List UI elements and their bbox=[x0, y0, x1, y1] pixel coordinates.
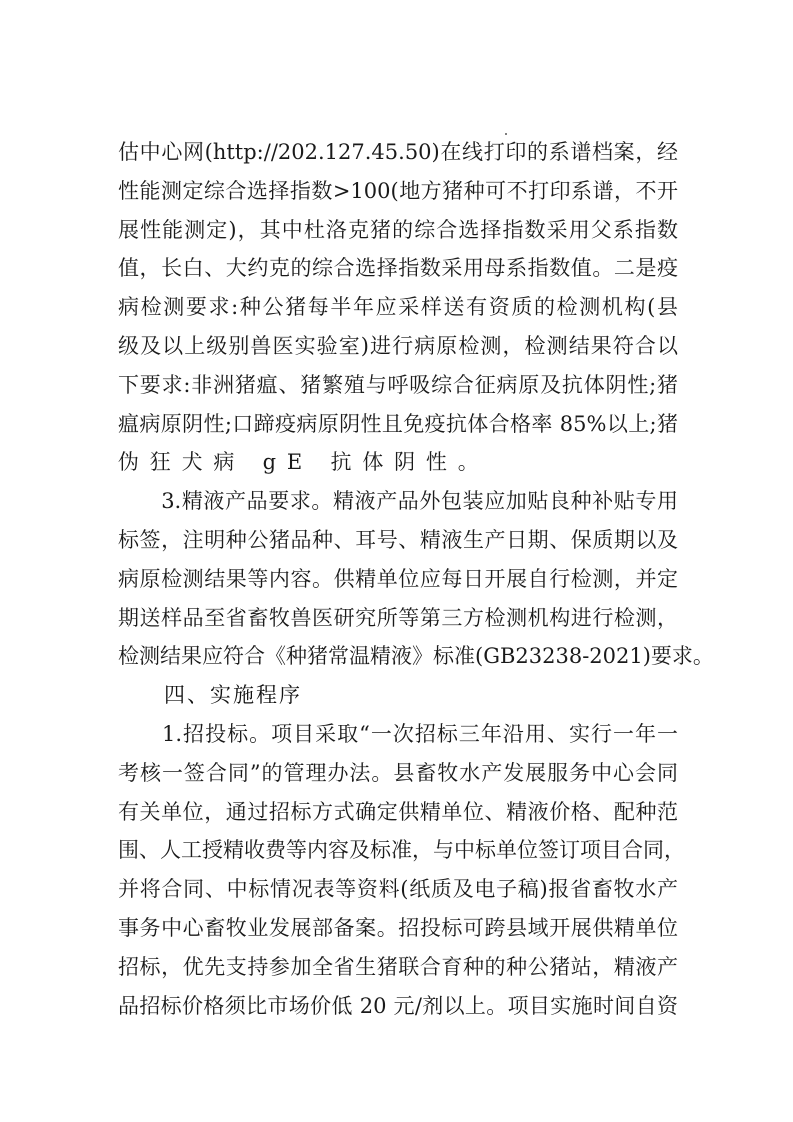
text-line: 围、人工授精收费等内容及标准，与中标单位签订项目合同， bbox=[118, 831, 678, 870]
text-line: 瘟病原阴性;口蹄疫病原阴性且免疫抗体合格率 85%以上;猪 bbox=[118, 405, 678, 444]
section-heading: 四、实施程序 bbox=[118, 676, 678, 715]
text-line: 病原检测结果等内容。供精单位应每日开展自行检测，并定 bbox=[118, 560, 678, 599]
text-line: 事务中心畜牧业发展部备案。招投标可跨县域开展供精单位 bbox=[118, 909, 678, 948]
text-line: 伪狂犬病 gE 抗体阴性。 bbox=[118, 443, 678, 482]
text-line: 标签，注明种公猪品种、耳号、精液生产日期、保质期以及 bbox=[118, 521, 678, 560]
text-line: 性能测定综合选择指数>100(地方猪种可不打印系谱，不开 bbox=[118, 172, 678, 211]
text-line: 1.招投标。项目采取“一次招标三年沿用、实行一年一 bbox=[118, 715, 678, 754]
text-line: 招标，优先支持参加全省生猪联合育种的种公猪站，精液产 bbox=[118, 948, 678, 987]
text-line: 病检测要求:种公猪每半年应采样送有资质的检测机构(县 bbox=[118, 288, 678, 327]
text-line: 级及以上级别兽医实验室)进行病原检测，检测结果符合以 bbox=[118, 327, 678, 366]
text-line: 考核一签合同”的管理办法。县畜牧水产发展服务中心会同 bbox=[118, 754, 678, 793]
text-line: 值，长白、大约克的综合选择指数采用母系指数值。二是疫 bbox=[118, 249, 678, 288]
text-line: 有关单位，通过招标方式确定供精单位、精液价格、配种范 bbox=[118, 793, 678, 832]
text-line: 期送样品至省畜牧兽医研究所等第三方检测机构进行检测， bbox=[118, 599, 678, 638]
text-line: 品招标价格须比市场价低 20 元/剂以上。项目实施时间自资 bbox=[118, 987, 678, 1026]
text-line: 估中心网(http://202.127.45.50)在线打印的系谱档案，经 bbox=[118, 133, 678, 172]
text-line: 展性能测定)，其中杜洛克猪的综合选择指数采用父系指数 bbox=[118, 211, 678, 250]
text-line: 下要求:非洲猪瘟、猪繁殖与呼吸综合征病原及抗体阴性;猪 bbox=[118, 366, 678, 405]
text-line: 并将合同、中标情况表等资料(纸质及电子稿)报省畜牧水产 bbox=[118, 870, 678, 909]
text-line: 3.精液产品要求。精液产品外包装应加贴良种补贴专用 bbox=[118, 482, 678, 521]
text-line: 检测结果应符合《种猪常温精液》标准(GB23238-2021)要求。 bbox=[118, 637, 678, 676]
document-page: 估中心网(http://202.127.45.50)在线打印的系谱档案，经 性能… bbox=[0, 0, 793, 1122]
document-body: 估中心网(http://202.127.45.50)在线打印的系谱档案，经 性能… bbox=[118, 133, 678, 1025]
